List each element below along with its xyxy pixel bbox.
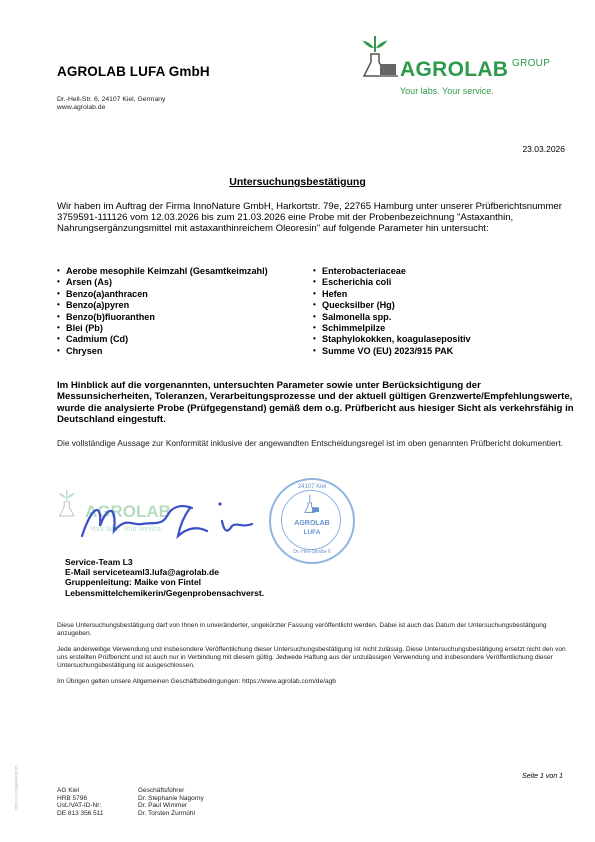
lab-flask-plant-icon (360, 34, 400, 84)
legal-paragraph-1: Diese Untersuchungsbestätigung darf von … (57, 622, 577, 638)
parameter-item: Chrysen (57, 346, 268, 357)
company-stamp: 24107 Kiel AGROLAB LUFA Dr.-Hell-Straße … (269, 478, 355, 564)
footer-registry: AG KielHRB 5796Ust./VAT-ID-Nr:DE 813 356… (57, 787, 104, 817)
company-name: AGROLAB LUFA GmbH (57, 64, 210, 79)
logo-group-text: GROUP (512, 58, 550, 69)
stamp-top-text: 24107 Kiel (271, 484, 353, 490)
footer-line: Ust./VAT-ID-Nr: (57, 802, 104, 810)
parameter-item: Blei (Pb) (57, 323, 268, 334)
agrolab-group-logo: AGROLAB GROUP Your labs. Your service. (360, 30, 570, 100)
parameter-item: Benzo(a)anthracen (57, 289, 268, 300)
parameter-item: Schimmelpilze (313, 323, 471, 334)
stamp-bottom-text: Dr.-Hell-Straße 6 (271, 549, 353, 555)
parameter-column-2: EnterobacteriaceaeEscherichia coliHefenQ… (313, 266, 471, 357)
document-date: 23.03.2026 (522, 144, 565, 154)
document-code: DOC-12-2038046-DE-P1 (14, 758, 19, 818)
parameter-item: Cadmium (Cd) (57, 334, 268, 345)
contact-block: Service-Team L3 E-Mail serviceteaml3.luf… (65, 557, 264, 598)
parameter-item: Benzo(b)fluoranthen (57, 312, 268, 323)
footer-line: Dr. Stephanie Nagorny (138, 795, 204, 803)
handwritten-signature (72, 486, 272, 556)
conformity-note: Die vollständige Aussage zur Konformität… (57, 439, 577, 449)
footer-line: HRB 5796 (57, 795, 104, 803)
parameter-item: Summe VO (EU) 2023/915 PAK (313, 346, 471, 357)
parameter-column-1: Aerobe mesophile Keimzahl (Gesamtkeimzah… (57, 266, 268, 357)
parameter-item: Salmonella spp. (313, 312, 471, 323)
logo-tagline: Your labs. Your service. (400, 86, 494, 96)
parameter-item: Aerobe mesophile Keimzahl (Gesamtkeimzah… (57, 266, 268, 277)
parameter-item: Quecksilber (Hg) (313, 300, 471, 311)
footer-line: Geschäftsführer (138, 787, 204, 795)
address-line: Dr.-Hell-Str. 6, 24107 Kiel, Germany (57, 96, 165, 104)
parameter-item: Escherichia coli (313, 277, 471, 288)
logo-wordmark: AGROLAB (400, 58, 508, 82)
document-title: Untersuchungsbestätigung (0, 176, 595, 188)
signature-area: AGROLAB Your labs. Your service. 24107 K… (57, 478, 357, 568)
parameter-item: Hefen (313, 289, 471, 300)
page-number: Seite 1 von 1 (522, 773, 563, 780)
intro-paragraph: Wir haben im Auftrag der Firma InnoNatur… (57, 201, 572, 235)
parameter-item: Staphylokokken, koagulasepositiv (313, 334, 471, 345)
parameter-item: Enterobacteriaceae (313, 266, 471, 277)
stamp-center-2: LUFA (271, 529, 353, 536)
website: www.agrolab.de (57, 104, 165, 112)
footer-line: DE 813 356 511 (57, 810, 104, 818)
stamp-flask-icon (300, 494, 324, 516)
parameter-item: Arsen (As) (57, 277, 268, 288)
group-lead: Gruppenleitung: Maike von Fintel (65, 577, 264, 587)
legal-paragraph-3: Im Übrigen gelten unsere Allgemeinen Ges… (57, 678, 577, 686)
parameter-item: Benzo(a)pyren (57, 300, 268, 311)
contact-email[interactable]: E-Mail serviceteaml3.lufa@agrolab.de (65, 567, 264, 577)
legal-notice: Diese Untersuchungsbestätigung darf von … (57, 622, 577, 694)
footer-management: GeschäftsführerDr. Stephanie NagornyDr. … (138, 787, 204, 817)
conclusion-paragraph: Im Hinblick auf die vorgenannten, unters… (57, 380, 577, 426)
company-address: Dr.-Hell-Str. 6, 24107 Kiel, Germany www… (57, 96, 165, 112)
legal-paragraph-2: Jede anderweitige Verwendung und insbeso… (57, 646, 577, 670)
footer-line: Dr. Torsten Zurmühl (138, 810, 204, 818)
footer-line: Dr. Paul Wimmer (138, 802, 204, 810)
stamp-center-1: AGROLAB (271, 520, 353, 527)
lead-role: Lebensmittelchemikerin/Gegenprobensachve… (65, 588, 264, 598)
service-team: Service-Team L3 (65, 557, 264, 567)
footer-line: AG Kiel (57, 787, 104, 795)
